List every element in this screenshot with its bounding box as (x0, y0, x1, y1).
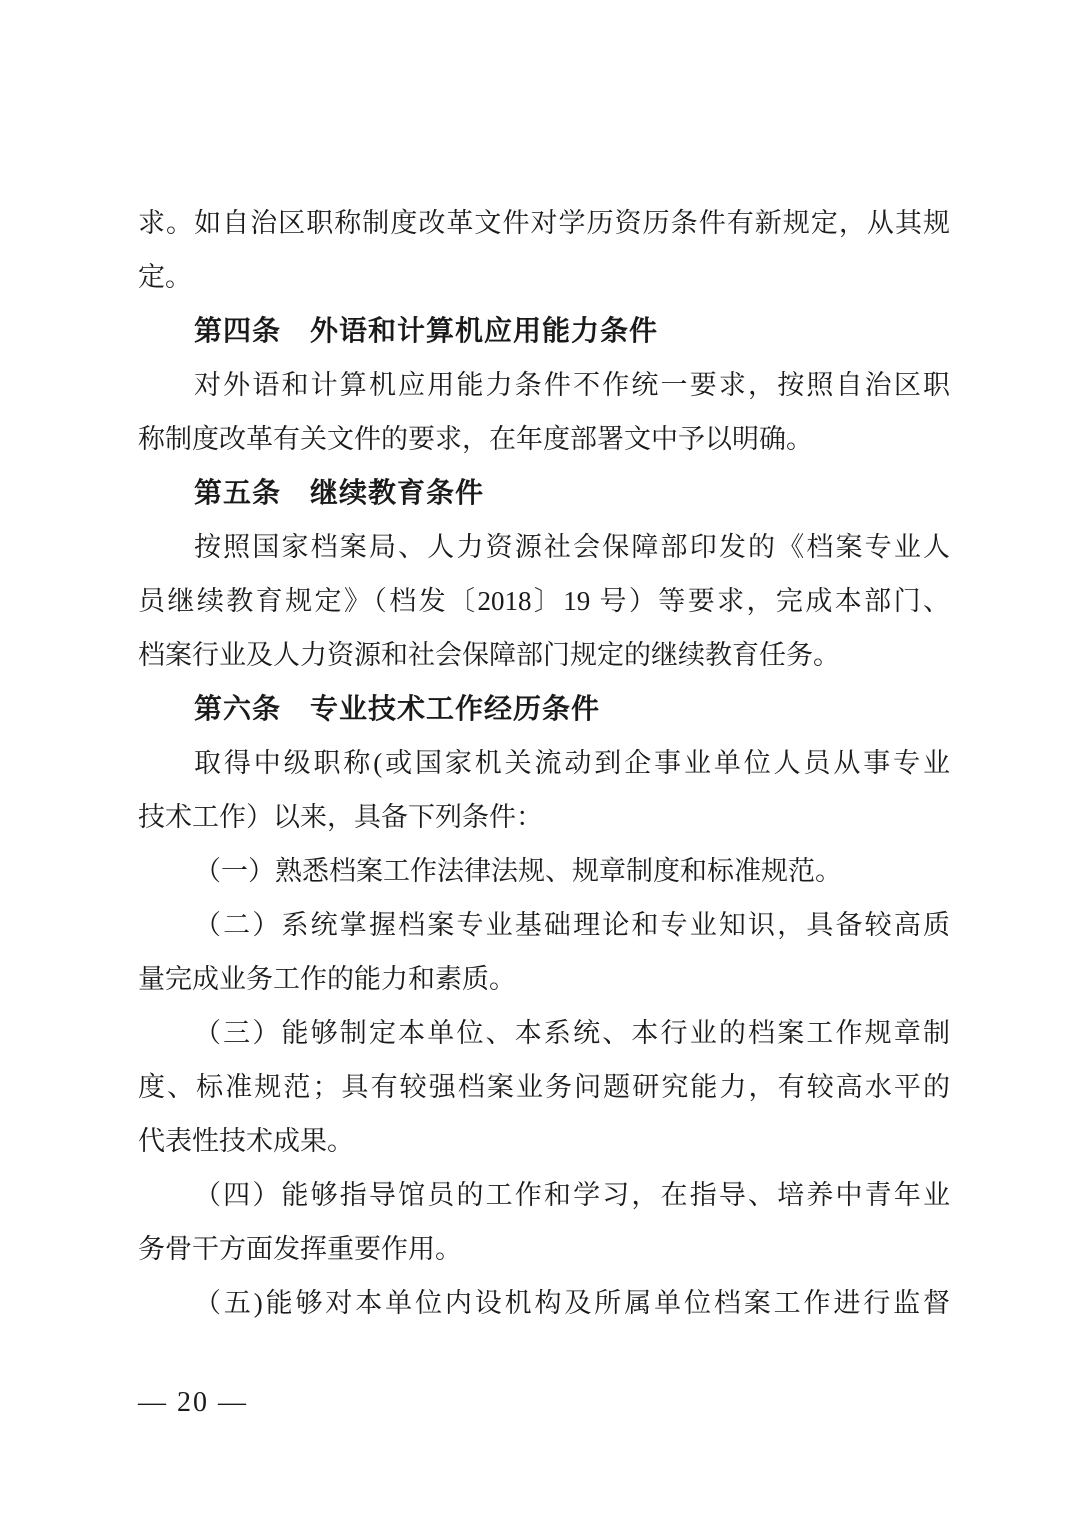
list-item-5: （五)能够对本单位内设机构及所属单位档案工作进行监督 (138, 1276, 950, 1330)
document-body: 求。如自治区职称制度改革文件对学历资历条件有新规定，从其规 定。 第四条 外语和… (138, 196, 950, 1330)
paragraph-line: 定。 (138, 250, 950, 304)
paragraph-line: 员继续教育规定》（档发〔2018〕19 号）等要求，完成本部门、 (138, 574, 950, 628)
heading-article-5: 第五条 继续教育条件 (138, 466, 950, 520)
list-item-2: （二）系统掌握档案专业基础理论和专业知识，具备较高质 (138, 898, 950, 952)
page-number: — 20 — (138, 1376, 248, 1430)
paragraph-line: 取得中级职称(或国家机关流动到企事业单位人员从事专业 (138, 736, 950, 790)
paragraph-line: 档案行业及人力资源和社会保障部门规定的继续教育任务。 (138, 628, 950, 682)
heading-article-4: 第四条 外语和计算机应用能力条件 (138, 304, 950, 358)
paragraph-line: 务骨干方面发挥重要作用。 (138, 1222, 950, 1276)
list-item-4: （四）能够指导馆员的工作和学习，在指导、培养中青年业 (138, 1168, 950, 1222)
paragraph-line: 对外语和计算机应用能力条件不作统一要求，按照自治区职 (138, 358, 950, 412)
list-item-1: （一）熟悉档案工作法律法规、规章制度和标准规范。 (138, 844, 950, 898)
paragraph-line: 代表性技术成果。 (138, 1114, 950, 1168)
paragraph-line: 量完成业务工作的能力和素质。 (138, 952, 950, 1006)
paragraph-line: 技术工作）以来，具备下列条件： (138, 790, 950, 844)
paragraph-line: 求。如自治区职称制度改革文件对学历资历条件有新规定，从其规 (138, 196, 950, 250)
document-page: 求。如自治区职称制度改革文件对学历资历条件有新规定，从其规 定。 第四条 外语和… (0, 0, 1074, 1520)
paragraph-line: 按照国家档案局、人力资源社会保障部印发的《档案专业人 (138, 520, 950, 574)
list-item-3: （三）能够制定本单位、本系统、本行业的档案工作规章制 (138, 1006, 950, 1060)
heading-article-6: 第六条 专业技术工作经历条件 (138, 682, 950, 736)
paragraph-line: 度、标准规范；具有较强档案业务问题研究能力，有较高水平的 (138, 1060, 950, 1114)
paragraph-line: 称制度改革有关文件的要求，在年度部署文中予以明确。 (138, 412, 950, 466)
